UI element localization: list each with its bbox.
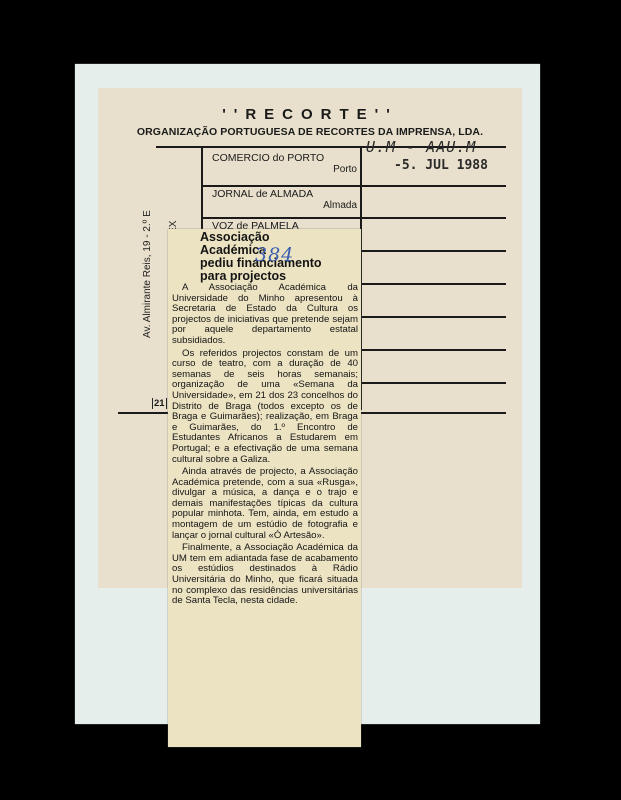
publication-name: COMERCIO do PORTO <box>212 152 324 164</box>
publication-name: JORNAL de ALMADA <box>212 188 313 200</box>
row-rule <box>201 185 506 187</box>
publication-row: COMERCIO do PORTO Porto <box>212 152 357 175</box>
row-rule <box>360 283 506 285</box>
row-rule <box>201 217 506 219</box>
date-stamp: -5. JUL 1988 <box>394 158 488 173</box>
row-rule <box>360 250 506 252</box>
handwritten-number: 384 <box>255 244 294 266</box>
publication-row: JORNAL de ALMADA Almada <box>212 188 357 211</box>
newspaper-clipping: Associação Académica pediu financiamento… <box>168 229 361 747</box>
clipping-body: A Associação Académica da Universidade d… <box>172 283 358 609</box>
row-rule <box>360 349 506 351</box>
row-rule <box>360 382 506 384</box>
address-street: Av. Almirante Reis, 19 - 2.º E <box>142 210 153 338</box>
form-title: ''RECORTE'' <box>98 106 522 123</box>
handwritten-archive-code: U.M - AAU.M <box>366 138 476 156</box>
paragraph: Os referidos projectos constam de um cur… <box>172 349 358 466</box>
publication-city: Almada <box>212 200 357 211</box>
publication-city: Porto <box>212 164 357 175</box>
paragraph: A Associação Académica da Universidade d… <box>172 283 358 347</box>
paragraph: Ainda através de projecto, a Associação … <box>172 467 358 541</box>
page-number: 21 <box>152 398 167 409</box>
organization-name: ORGANIZAÇÃO PORTUGUESA DE RECORTES DA IM… <box>98 126 522 138</box>
paragraph: Finalmente, a Associação Académica da UM… <box>172 543 358 607</box>
row-rule <box>360 316 506 318</box>
